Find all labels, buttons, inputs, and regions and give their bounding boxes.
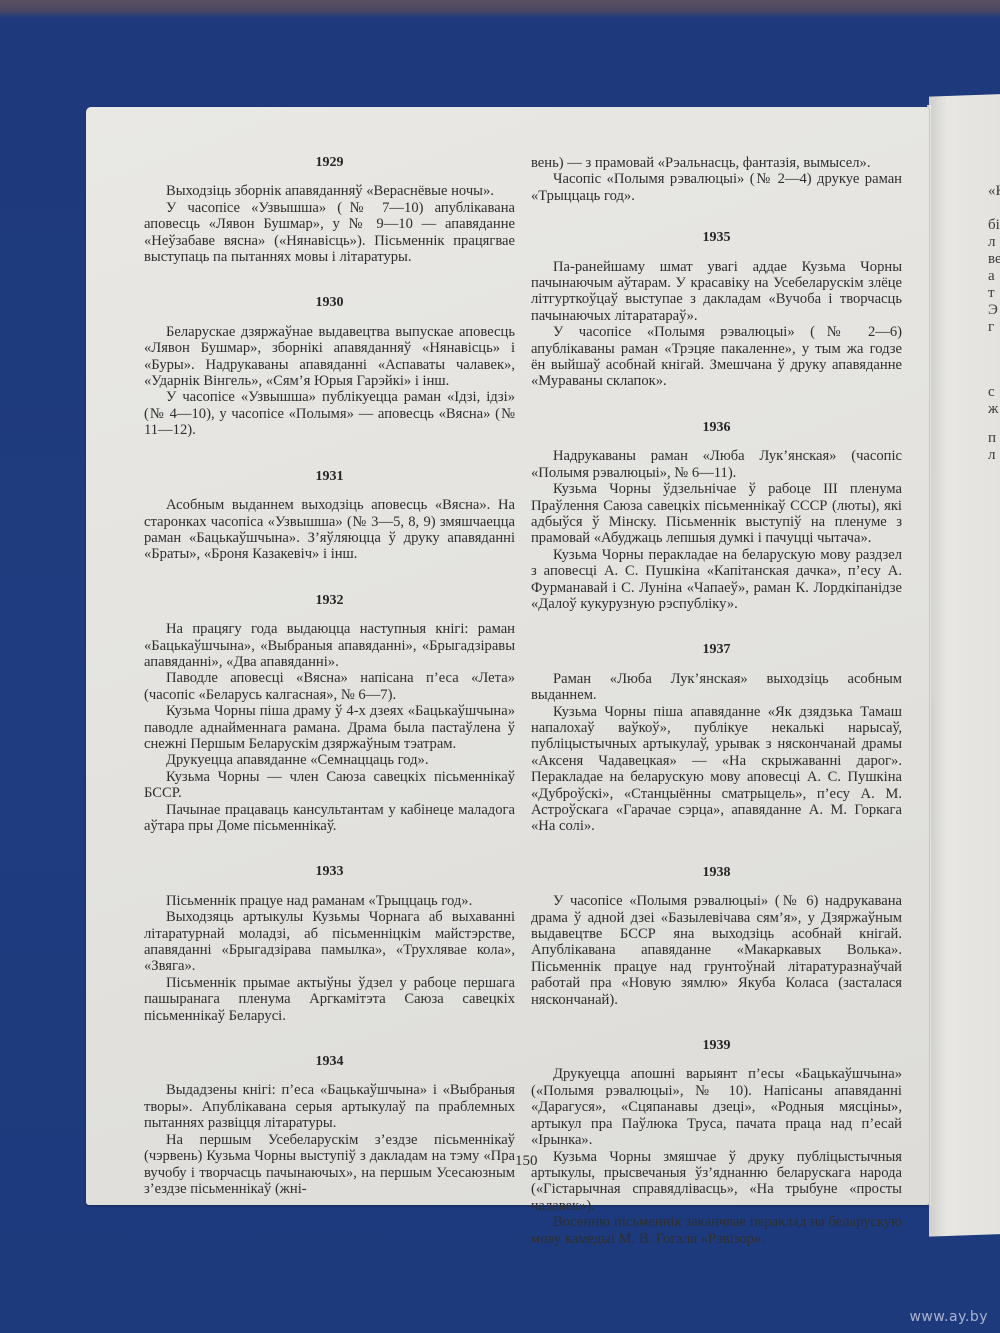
peek-fragment: бі bbox=[988, 217, 1000, 234]
paragraph: Пісьменнік прымае актыўны ўдзел у рабоце… bbox=[144, 975, 515, 1024]
paragraph: Пачынае працаваць кансультантам у кабіне… bbox=[144, 802, 515, 835]
chronology-entry-1931: 1931Асобным выданнем выходзіць аповесць … bbox=[144, 469, 515, 563]
year-heading: 1930 bbox=[144, 295, 515, 311]
paragraph: У часопісе «Узвышша» публікуецца раман «… bbox=[144, 389, 515, 438]
paragraph: Па-ранейшаму шмат увагі аддае Кузьма Чор… bbox=[531, 259, 902, 325]
peek-fragment: «К bbox=[988, 183, 1000, 200]
paragraph: У часопісе «Полымя рэвалюцыі» (№ 6) надр… bbox=[531, 893, 902, 1008]
chronology-entry-1932: 1932На працягу года выдаюцца наступныя к… bbox=[144, 593, 515, 835]
paragraph: Друкуецца апошні варыянт п’есы «Бацькаўш… bbox=[531, 1066, 902, 1148]
year-heading: 1936 bbox=[531, 420, 902, 436]
paragraph: Часопіс «Полымя рэвалюцыі» (№ 2—4) друку… bbox=[531, 171, 902, 204]
peek-fragment: л bbox=[988, 447, 996, 464]
right-column: вень) — з прамовай «Рэальнасць, фантазія… bbox=[531, 155, 902, 1277]
chronology-entry-1939: 1939Друкуецца апошні варыянт п’есы «Баць… bbox=[531, 1038, 902, 1247]
peek-fragment: Э bbox=[988, 302, 998, 319]
chronology-entry-1929: 1929Выходзіць зборнік апавяданняў «Верас… bbox=[144, 155, 515, 265]
paragraph: На працягу года выдаюцца наступныя кнігі… bbox=[144, 621, 515, 670]
year-heading: 1929 bbox=[144, 155, 515, 171]
paragraph: вень) — з прамовай «Рэальнасць, фантазія… bbox=[531, 155, 902, 171]
paragraph: Асобным выданнем выходзіць аповесць «Вяс… bbox=[144, 497, 515, 563]
paragraph: Беларускае дзяржаўнае выдавецтва выпуска… bbox=[144, 324, 515, 390]
left-column: 1929Выходзіць зборнік апавяданняў «Верас… bbox=[144, 155, 515, 1227]
chronology-entry-1930: 1930Беларускае дзяржаўнае выдавецтва вып… bbox=[144, 295, 515, 438]
year-heading: 1931 bbox=[144, 469, 515, 485]
peek-fragment: ж bbox=[988, 401, 998, 418]
peek-fragment: г bbox=[988, 319, 994, 336]
year-heading: 1939 bbox=[531, 1038, 902, 1054]
background-shadow bbox=[0, 0, 1000, 18]
paragraph: На першым Усебеларускім з’ездзе пісьменн… bbox=[144, 1132, 515, 1198]
paragraph: Друкуецца апавяданне «Семнаццаць год». bbox=[144, 752, 515, 768]
watermark: www.ay.by bbox=[909, 1309, 988, 1325]
chronology-entry-1933: 1933Пісьменнік працуе над раманам «Трыцц… bbox=[144, 864, 515, 1024]
paragraph: Кузьма Чорны піша апавяданне «Як дзядзьк… bbox=[531, 704, 902, 835]
chronology-entry-1937: 1937Раман «Люба Лук’янская» выходзіць ас… bbox=[531, 642, 902, 834]
peek-fragment: т bbox=[988, 285, 995, 302]
chronology-entry-1936: 1936Надрукаваны раман «Люба Лук’янская» … bbox=[531, 420, 902, 612]
paragraph: Кузьма Чорны піша драму ў 4-х дзеях «Бац… bbox=[144, 703, 515, 752]
paragraph: Кузьма Чорны змяшчае ў друку публіцыстыч… bbox=[531, 1149, 902, 1215]
paragraph: Паводле аповесці «Вясна» напісана п’еса … bbox=[144, 670, 515, 703]
year-heading: 1932 bbox=[144, 593, 515, 609]
peek-fragment: с bbox=[988, 384, 995, 401]
year-heading: 1935 bbox=[531, 230, 902, 246]
peek-fragment: ве bbox=[988, 251, 1000, 268]
paragraph: Пісьменнік працуе над раманам «Трыццаць … bbox=[144, 893, 515, 909]
paragraph: Выходзіць зборнік апавяданняў «Вераснёвы… bbox=[144, 183, 515, 199]
paragraph: У часопісе «Полымя рэвалюцыі» (№ 2—6) ап… bbox=[531, 324, 902, 390]
paragraph: У часопісе «Узвышша» (№ 7—10) апублікава… bbox=[144, 200, 515, 266]
paragraph: Надрукаваны раман «Люба Лук’янская» (час… bbox=[531, 448, 902, 481]
paragraph: Восенню пісьменнік заканчвае пераклад на… bbox=[531, 1214, 902, 1247]
peek-fragment: п bbox=[988, 430, 996, 447]
peek-fragment: л bbox=[988, 234, 996, 251]
paragraph: Кузьма Чорны перакладае на беларускую мо… bbox=[531, 547, 902, 613]
peek-fragment: а bbox=[988, 268, 995, 285]
chronology-entry-1934: 1934Выдадзены кнігі: п’еса «Бацькаўшчына… bbox=[144, 1054, 515, 1197]
continued-entry-1934: вень) — з прамовай «Рэальнасць, фантазія… bbox=[531, 155, 902, 204]
paragraph: Кузьма Чорны — член Саюза савецкіх пісьм… bbox=[144, 769, 515, 802]
chronology-entry-1935: 1935Па-ранейшаму шмат увагі аддае Кузьма… bbox=[531, 230, 902, 390]
paragraph: Выдадзены кнігі: п’еса «Бацькаўшчына» і … bbox=[144, 1082, 515, 1131]
year-heading: 1937 bbox=[531, 642, 902, 658]
year-heading: 1938 bbox=[531, 865, 902, 881]
paragraph: Выходзяць артыкулы Кузьмы Чорнага аб вых… bbox=[144, 909, 515, 975]
page-number: 150 bbox=[515, 1153, 538, 1170]
chronology-entry-1938: 1938У часопісе «Полымя рэвалюцыі» (№ 6) … bbox=[531, 865, 902, 1008]
year-heading: 1933 bbox=[144, 864, 515, 880]
paragraph: Раман «Люба Лук’янская» выходзіць асобны… bbox=[531, 671, 902, 704]
paragraph: Кузьма Чорны ўдзельнічае ў рабоце III пл… bbox=[531, 481, 902, 547]
year-heading: 1934 bbox=[144, 1054, 515, 1070]
